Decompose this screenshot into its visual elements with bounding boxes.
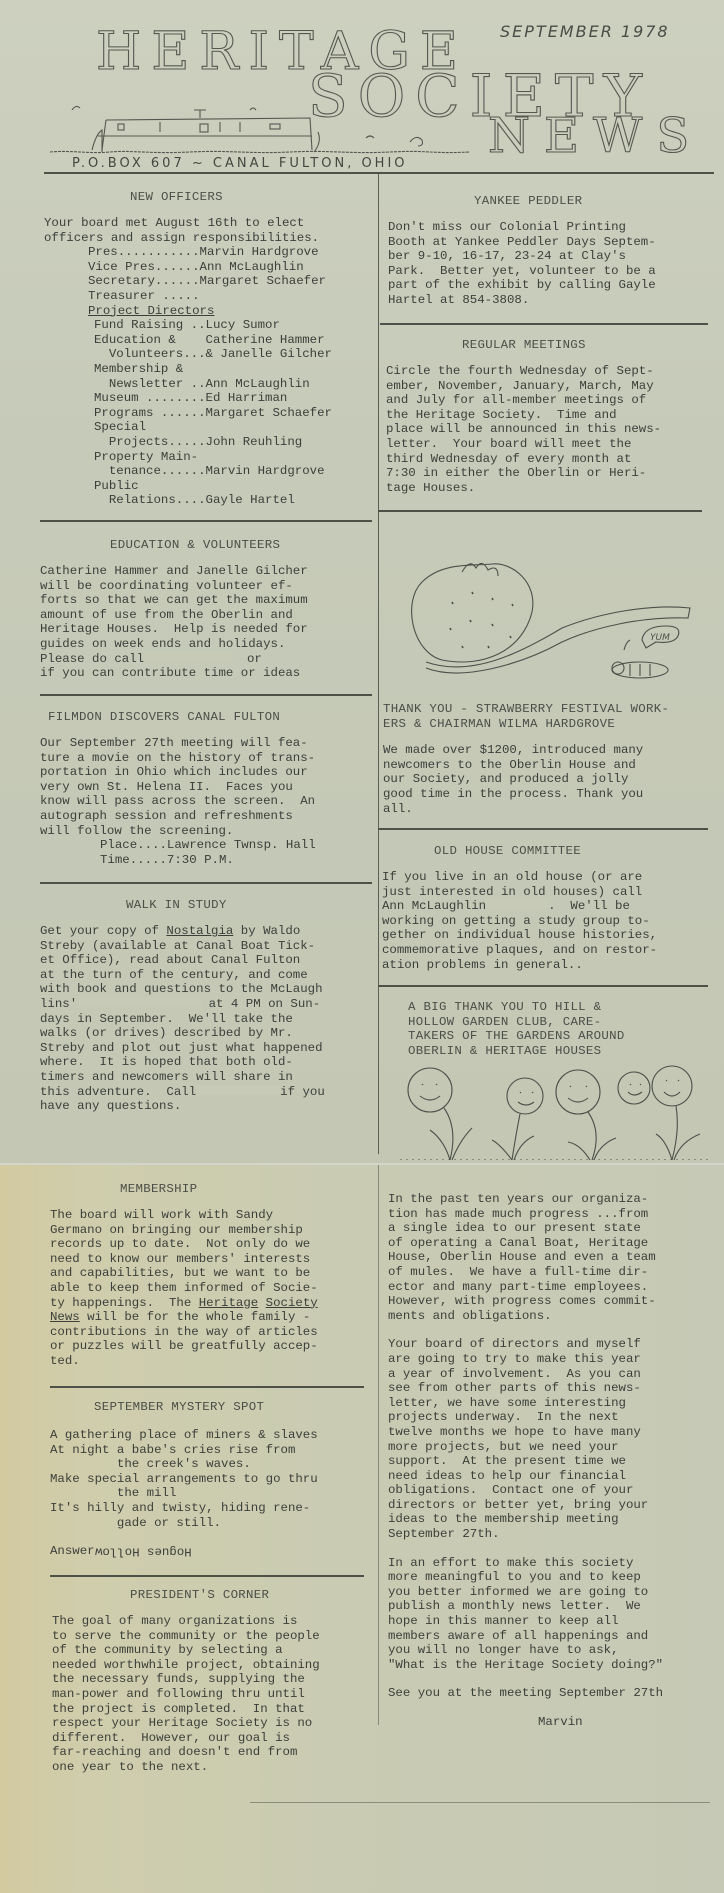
officers-list: Pres...........Marvin Hardgrove Vice Pre… [88,245,374,318]
first-line: Get your copy of Nostalgia by Waldo [40,924,374,939]
section-body: Don't miss our Colonial Printing Booth a… [388,220,718,308]
director-row: Public [94,479,374,494]
closing-line: See you at the meeting September 27th [388,1686,722,1701]
mystery-answer: AnswerHogues Hollow [50,1544,380,1559]
newsletter-line: ty happenings. The Heritage Society [50,1296,380,1311]
section-body: Our September 27th meeting will fea- tur… [40,736,374,838]
section-rule [378,828,708,830]
paragraph: In the past ten years our organiza- tion… [388,1192,722,1323]
faint-rule [250,1802,710,1803]
call-line: this adventure. Callif you [40,1085,374,1100]
masthead: HERITAGE SOCIETY NEWS SEPTEMBER 1978 P.O… [0,0,724,170]
section-title: THANK YOU - STRAWBERRY FESTIVAL WORK- ER… [383,702,719,731]
intro-text: Your board met August 16th to elect offi… [44,216,374,245]
section-rule [50,1575,364,1577]
issue-date: SEPTEMBER 1978 [500,22,670,41]
officer-row: Pres...........Marvin Hardgrove [88,245,374,260]
masthead-rule [44,172,714,174]
section-body-continued: contributions in the way of articles or … [50,1325,380,1369]
contact-line: Ann McLaughlin. We'll be [382,899,718,914]
directors-list: Fund Raising ..Lucy Sumor Education & Ca… [94,318,374,508]
section-presidents-corner: PRESIDENT'S CORNER The goal of many orga… [52,1588,382,1775]
masthead-title-news: NEWS [488,108,703,164]
call-line: Please do call or [40,652,374,667]
section-body: The goal of many organizations is to ser… [52,1614,382,1775]
time-line: lins' at 4 PM on Sun- [40,997,374,1012]
smiling-flowers-illustration [390,1060,710,1160]
publication-title: News [50,1310,80,1324]
canal-boat-icon [50,80,470,160]
strawberry-spoon-illustration: YUM [392,542,692,692]
event-place: Place....Lawrence Twnsp. Hall [100,838,374,853]
director-row: Projects.....John Reuhling [94,435,374,450]
section-strawberry-festival: THANK YOU - STRAWBERRY FESTIVAL WORK- ER… [383,702,719,816]
section-rule [378,510,702,512]
svg-text:YUM: YUM [650,633,670,643]
section-regular-meetings: REGULAR MEETINGS Circle the fourth Wedne… [386,338,716,495]
director-row: Programs ......Margaret Schaefer [94,406,374,421]
section-body: If you live in an old house (or are just… [382,870,718,899]
section-title: PRESIDENT'S CORNER [130,1588,382,1602]
section-filmdon: FILMDON DISCOVERS CANAL FULTON Our Septe… [40,710,374,867]
section-title: WALK IN STUDY [126,898,374,912]
section-education-volunteers: EDUCATION & VOLUNTEERS Catherine Hammer … [40,538,374,681]
closing-line: have any questions. [40,1099,374,1114]
section-title: REGULAR MEETINGS [462,338,716,352]
publication-title: Society [266,1296,318,1310]
section-rule [50,1386,364,1388]
section-membership: MEMBERSHIP The board will work with Sand… [50,1182,380,1369]
section-rule [40,694,372,696]
director-row: Volunteers...& Janelle Gilcher [94,347,374,362]
event-time: Time.....7:30 P.M. [100,853,374,868]
officer-row: Vice Pres......Ann McLaughlin [88,260,374,275]
section-body: The board will work with Sandy Germano o… [50,1208,380,1296]
director-row: Property Main- [94,450,374,465]
director-row: Education & Catherine Hammer [94,333,374,348]
section-yankee-peddler: YANKEE PEDDLER Don't miss our Colonial P… [388,194,718,308]
directors-heading: Project Directors [88,304,374,319]
director-row: Newsletter ..Ann McLaughlin [94,377,374,392]
fold-line [0,1163,724,1165]
book-title: Nostalgia [166,924,233,938]
paragraph: Your board of directors and myself are g… [388,1337,722,1541]
section-title: A BIG THANK YOU TO HILL & HOLLOW GARDEN … [408,1000,708,1058]
section-body-continued: working on getting a study group to- get… [382,914,718,972]
section-new-officers: NEW OFFICERS Your board met August 16th … [44,190,374,508]
publication-title: Heritage [199,1296,259,1310]
section-title: FILMDON DISCOVERS CANAL FULTON [48,710,374,724]
section-body: We made over $1200, introduced many newc… [383,743,719,816]
section-title: NEW OFFICERS [130,190,374,204]
mailing-address: P.O.BOX 607 ~ CANAL FULTON, OHIO [72,156,408,171]
section-rule [40,520,372,522]
director-row: Relations....Gayle Hartel [94,493,374,508]
paragraph: In an effort to make this society more m… [388,1556,722,1673]
officer-row: Secretary......Margaret Schaefer [88,274,374,289]
section-body: Streby (available at Canal Boat Tick- et… [40,939,374,997]
section-title: SEPTEMBER MYSTERY SPOT [94,1400,380,1414]
section-title: YANKEE PEDDLER [474,194,718,208]
upside-down-answer: Hogues Hollow [95,1544,192,1559]
section-rule [380,323,708,325]
section-body-continued: days in September. We'll take the walks … [40,1012,374,1085]
director-row: Museum ........Ed Harriman [94,391,374,406]
section-mystery-spot: SEPTEMBER MYSTERY SPOT A gathering place… [50,1400,380,1559]
director-row: Special [94,420,374,435]
section-title: MEMBERSHIP [120,1182,380,1196]
section-body: Catherine Hammer and Janelle Gilcher wil… [40,564,374,652]
director-row: Fund Raising ..Lucy Sumor [94,318,374,333]
mystery-poem: A gathering place of miners & slaves At … [50,1428,380,1530]
section-rule [40,882,372,884]
column-divider-top [378,174,379,1154]
section-body: Circle the fourth Wednesday of Sept- emb… [386,364,716,495]
newsletter-line-continued: News will be for the whole family - [50,1310,380,1325]
section-title: OLD HOUSE COMMITTEE [434,844,718,858]
section-rule [378,985,708,987]
signature: Marvin [538,1715,722,1730]
section-old-house-committee: OLD HOUSE COMMITTEE If you live in an ol… [382,844,718,972]
section-title: EDUCATION & VOLUNTEERS [110,538,374,552]
section-garden-club: A BIG THANK YOU TO HILL & HOLLOW GARDEN … [408,1000,708,1058]
director-row: tenance......Marvin Hardgrove [94,464,374,479]
section-walk-in-study: WALK IN STUDY Get your copy of Nostalgia… [40,898,374,1114]
section-presidents-corner-continued: In the past ten years our organiza- tion… [388,1192,722,1730]
director-row: Membership & [94,362,374,377]
officer-row: Treasurer ..... [88,289,374,304]
call-line-end: if you can contribute time or ideas [40,666,374,681]
